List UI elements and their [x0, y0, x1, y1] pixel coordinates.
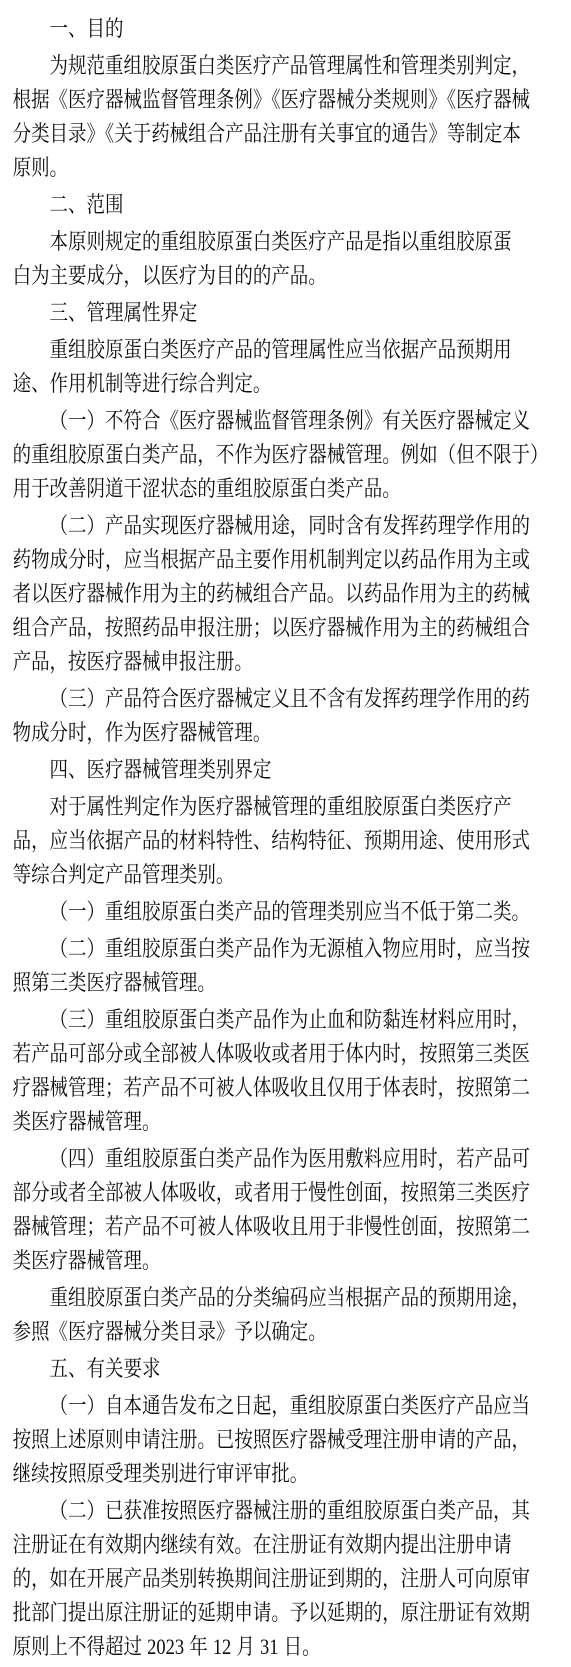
paragraph: 重组胶原蛋白类产品的分类编码应当根据产品的预期用途， 参照《医疗器械分类目录》予… — [13, 1281, 559, 1349]
paragraph: （二）已获准按照医疗器械注册的重组胶原蛋白类产品，其 注册证在有效期内继续有效。… — [13, 1494, 559, 1664]
paragraph: 对于属性判定作为医疗器械管理的重组胶原蛋白类医疗产 品，应当依据产品的材料特性、… — [13, 790, 559, 892]
date-number: 31 — [260, 1634, 278, 1659]
section-heading-scope: 二、范围 — [13, 188, 559, 222]
paragraph: （四）重组胶原蛋白类产品作为医用敷料应用时，若产品可 部分或者全部被人体吸收，或… — [13, 1142, 559, 1278]
paragraph: （一）自本通告发布之日起，重组胶原蛋白类医疗产品应当 按照上述原则申请注册。已按… — [13, 1389, 559, 1491]
date-number: 12 — [213, 1634, 231, 1659]
document-page: 一、目的 为规范重组胶原蛋白类医疗产品管理属性和管理类别判定， 根据《医疗器械监… — [0, 0, 571, 1664]
paragraph: （一）重组胶原蛋白类产品的管理类别应当不低于第二类。 — [13, 895, 559, 929]
paragraph: （二）重组胶原蛋白类产品作为无源植入物应用时，应当按 照第三类医疗器械管理。 — [13, 932, 559, 1000]
paragraph: （二）产品实现医疗器械用途，同时含有发挥药理学作用的 药物成分时，应当根据产品主… — [13, 509, 559, 679]
section-heading-attribute: 三、管理属性界定 — [13, 296, 559, 330]
paragraph: （三）产品符合医疗器械定义且不含有发挥药理学作用的药 物成分时，作为医疗器械管理… — [13, 682, 559, 750]
paragraph: （一）不符合《医疗器械监督管理条例》有关医疗器械定义 的重组胶原蛋白类产品，不作… — [13, 404, 559, 506]
section-heading-requirements: 五、有关要求 — [13, 1352, 559, 1386]
paragraph: 本原则规定的重组胶原蛋白类医疗产品是指以重组胶原蛋 白为主要成分，以医疗为目的的… — [13, 225, 559, 293]
section-heading-class: 四、医疗器械管理类别界定 — [13, 753, 559, 787]
date-number: 2023 — [147, 1634, 184, 1659]
paragraph: 重组胶原蛋白类医疗产品的管理属性应当依据产品预期用 途、作用机制等进行综合判定。 — [13, 333, 559, 401]
paragraph: （三）重组胶原蛋白类产品作为止血和防黏连材料应用时， 若产品可部分或全部被人体吸… — [13, 1003, 559, 1139]
section-heading-purpose: 一、目的 — [13, 12, 559, 46]
paragraph: 为规范重组胶原蛋白类医疗产品管理属性和管理类别判定， 根据《医疗器械监督管理条例… — [13, 49, 559, 185]
